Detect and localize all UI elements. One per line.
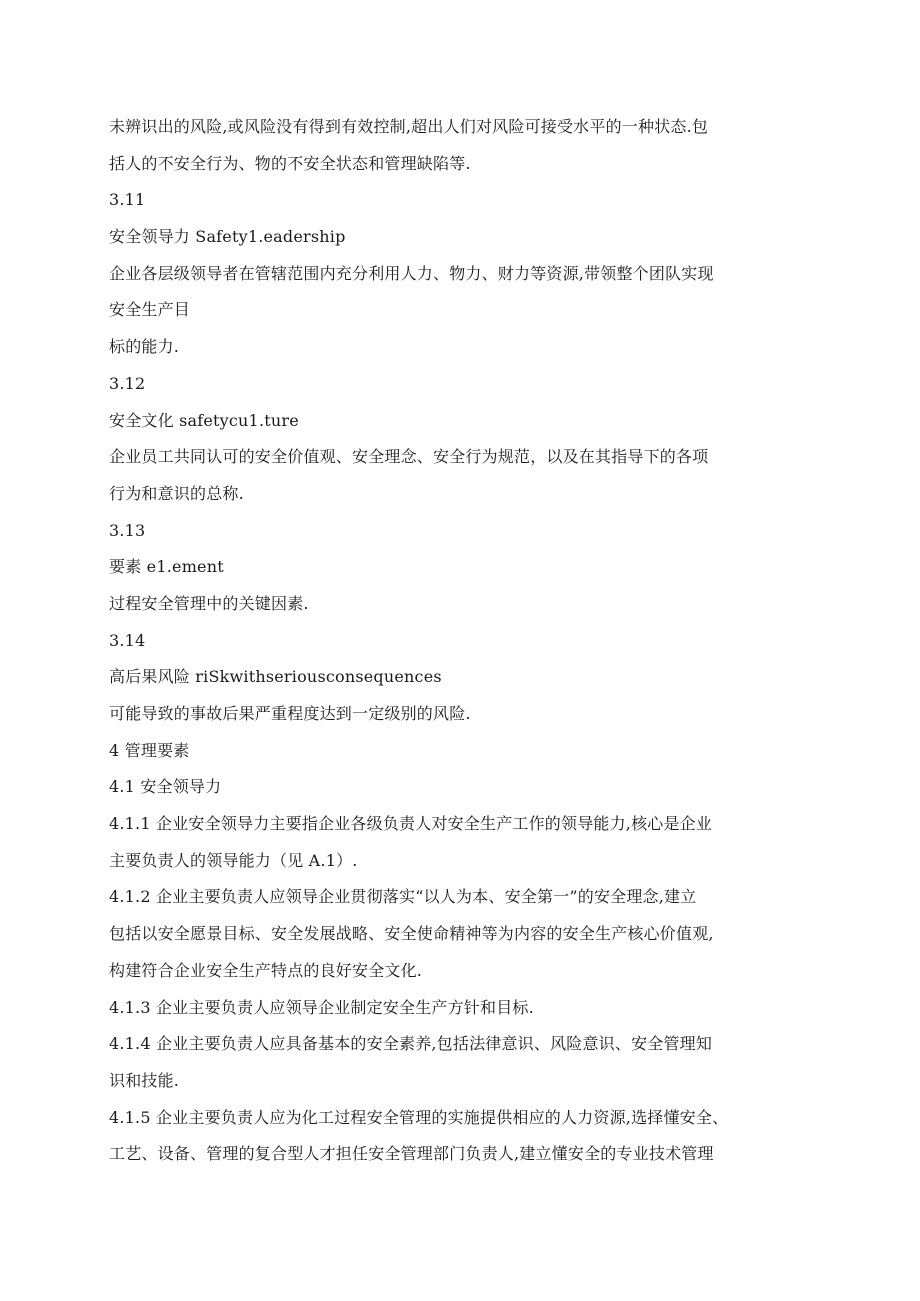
term-title: 安全领导力 Safety1.eadership — [109, 222, 809, 259]
section-heading: 4 管理要素 — [109, 736, 809, 773]
text-line: 识和技能. — [109, 1066, 809, 1103]
text-line: 行为和意识的总称. — [109, 479, 809, 516]
text-line: 过程安全管理中的关键因素. — [109, 589, 809, 626]
term-title: 安全文化 safetycu1.ture — [109, 406, 809, 443]
text-line: 主要负责人的领导能力（见 A.1）. — [109, 846, 809, 883]
text-line: 企业员工共同认可的安全价值观、安全理念、安全行为规范，以及在其指导下的各项 — [109, 442, 809, 479]
text-line: 可能导致的事故后果严重程度达到一定级别的风险. — [109, 699, 809, 736]
text-line: 标的能力. — [109, 332, 809, 369]
text-line: 构建符合企业安全生产特点的良好安全文化. — [109, 956, 809, 993]
text-line: 4.1.2 企业主要负责人应领导企业贯彻落实“以人为本、安全第一”的安全理念,建… — [109, 882, 809, 919]
text-line: 工艺、设备、管理的复合型人才担任安全管理部门负责人,建立懂安全的专业技术管理 — [109, 1139, 809, 1176]
clause-number: 3.11 — [109, 185, 809, 222]
clause-number: 3.12 — [109, 369, 809, 406]
text-line: 括人的不安全行为、物的不安全状态和管理缺陷等. — [109, 149, 809, 186]
text-line: 4.1.3 企业主要负责人应领导企业制定安全生产方针和目标. — [109, 993, 809, 1030]
clause-number: 3.13 — [109, 516, 809, 553]
term-title: 要素 e1.ement — [109, 552, 809, 589]
term-title: 高后果风险 riSkwithseriousconsequences — [109, 662, 809, 699]
subsection-heading: 4.1 安全领导力 — [109, 772, 809, 809]
document-page: 未辨识出的风险,或风险没有得到有效控制,超出人们对风险可接受水平的一种状态.包 … — [109, 112, 809, 1176]
text-line: 4.1.1 企业安全领导力主要指企业各级负责人对安全生产工作的领导能力,核心是企… — [109, 809, 809, 846]
text-line: 4.1.5 企业主要负责人应为化工过程安全管理的实施提供相应的人力资源,选择懂安… — [109, 1103, 809, 1140]
text-line: 4.1.4 企业主要负责人应具备基本的安全素养,包括法律意识、风险意识、安全管理… — [109, 1029, 809, 1066]
clause-number: 3.14 — [109, 626, 809, 663]
text-line: 未辨识出的风险,或风险没有得到有效控制,超出人们对风险可接受水平的一种状态.包 — [109, 112, 809, 149]
text-line: 企业各层级领导者在管辖范围内充分利用人力、物力、财力等资源,带领整个团队实现 — [109, 259, 809, 296]
text-line: 包括以安全愿景目标、安全发展战略、安全使命精神等为内容的安全生产核心价值观, — [109, 919, 809, 956]
text-line: 安全生产目 — [109, 295, 809, 332]
